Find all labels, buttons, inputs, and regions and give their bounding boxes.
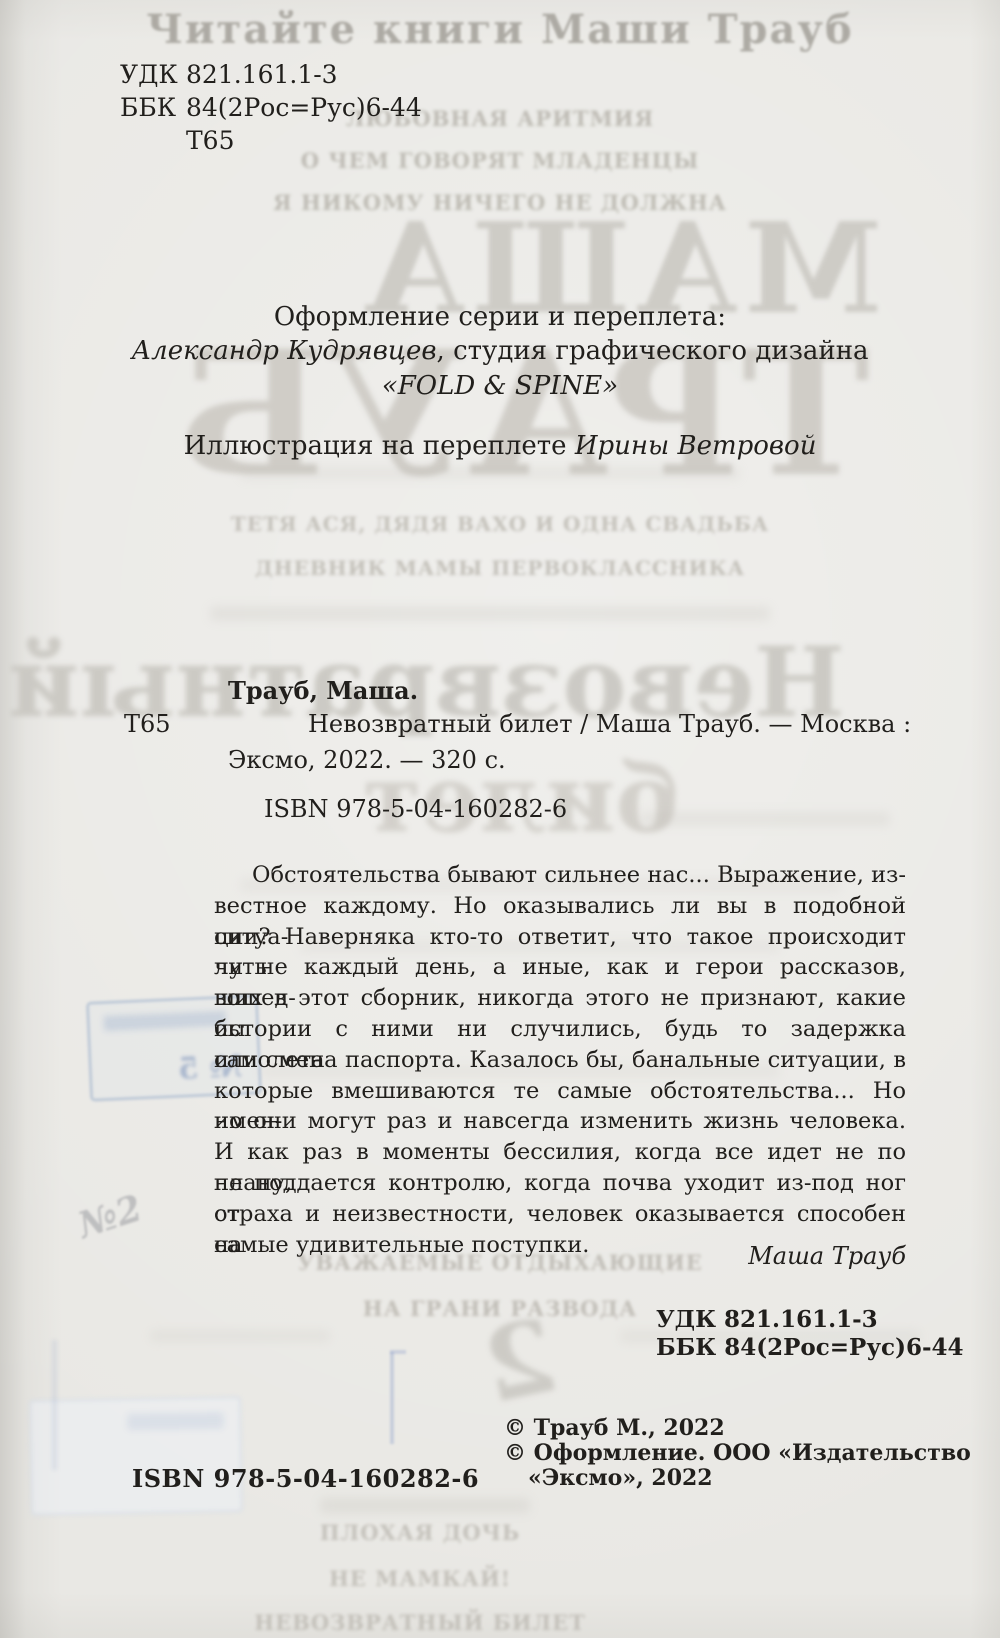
annotation-line: страха и неизвестности, человек оказывае… xyxy=(214,1199,906,1230)
annotation-line: ших в этот сборник, никогда этого не при… xyxy=(214,983,906,1014)
annotation-line: вестное каждому. Но оказывались ли вы в … xyxy=(214,891,906,922)
ghost-book-title: НЕ МАМКАЙ! xyxy=(120,1566,720,1591)
ghost-book-title: ТЕТЯ АСЯ, ДЯДЯ ВАХО И ОДНА СВАДЬБА xyxy=(17,512,983,536)
annotation-line: ции? Наверняка кто-то ответит, что такое… xyxy=(214,922,906,953)
ghost-book-title: Я НИКОМУ НИЧЕГО НЕ ДОЛЖНА xyxy=(17,190,983,215)
copyright-block: © Трауб М., 2022 © Оформление. ООО «Изда… xyxy=(504,1416,971,1491)
footer-isbn: ISBN 978-5-04-160282-6 xyxy=(132,1464,479,1493)
blue-bracket-mark xyxy=(390,1350,406,1354)
copyright-publisher-2: «Эксмо», 2022 xyxy=(528,1466,971,1491)
designer-name: Александр Кудрявцев xyxy=(131,336,436,366)
ghost-book-title: НЕВОЗВРАТНЫЙ БИЛЕТ xyxy=(120,1610,720,1635)
author-sign: Т65 xyxy=(186,126,235,155)
author-sign-row: Т65 xyxy=(120,124,422,157)
bbk-label: ББК xyxy=(120,91,186,124)
studio-name: «FOLD & SPINE» xyxy=(17,371,983,401)
ghost-series-headline: Читайте книги Маши Трауб xyxy=(17,6,983,53)
book-imprint-page: Читайте книги Маши Трауб ЛЮБОВНАЯ АРИТМИ… xyxy=(0,0,1000,1638)
footer-bbk: ББК 84(2Рос=Рус)6-44 xyxy=(656,1334,964,1362)
copyright-publisher: © Оформление. ООО «Издательство xyxy=(504,1441,971,1466)
blue-edge-smudge xyxy=(52,1340,57,1470)
udk-value: 821.161.1-3 xyxy=(186,60,338,89)
ink-bleed-smudge xyxy=(210,606,770,621)
bbk-value: 84(2Рос=Рус)6-44 xyxy=(186,93,422,122)
udk-label: УДК xyxy=(120,58,186,91)
classification-codes-bottom: УДК 821.161.1-3 ББК 84(2Рос=Рус)6-44 xyxy=(656,1306,964,1362)
annotation-line: истории с ними ни случились, будь то зад… xyxy=(214,1014,906,1045)
annotation-line: не поддается контролю, когда почва уходи… xyxy=(214,1168,906,1199)
ink-bleed-smudge xyxy=(640,812,890,826)
annotation-line: ли не каждый день, а иные, как и герои р… xyxy=(214,952,906,983)
catalog-sign: Т65 xyxy=(124,710,171,738)
author-signature: Маша Трауб xyxy=(600,1242,906,1270)
illustration-credit: Иллюстрация на переплете Ирины Ветровой xyxy=(17,431,983,461)
pencil-mark: №2 xyxy=(73,1187,147,1247)
annotation-line: И как раз в моменты бессилия, когда все … xyxy=(214,1137,906,1168)
library-stamp-outline-faint xyxy=(29,1396,243,1516)
ink-bleed-smudge xyxy=(320,1498,530,1513)
bbk-row: ББК84(2Рос=Рус)6-44 xyxy=(120,91,422,124)
catalog-title-line: Невозвратный билет / Маша Трауб. — Москв… xyxy=(308,710,911,738)
ghost-book-title: ДНЕВНИК МАМЫ ПЕРВОКЛАССНИКА xyxy=(17,556,983,580)
ink-bleed-smudge xyxy=(240,466,740,480)
catalog-isbn: ISBN 978-5-04-160282-6 xyxy=(264,795,567,823)
annotation-line: или смена паспорта. Казалось бы, банальн… xyxy=(214,1045,906,1076)
classification-codes-top: УДК821.161.1-3 ББК84(2Рос=Рус)6-44 Т65 xyxy=(120,58,422,157)
illustrator-name: Ирины Ветровой xyxy=(575,431,817,461)
annotation-line: но они могут раз и навсегда изменить жиз… xyxy=(214,1106,906,1137)
stamp-text-smudge xyxy=(104,1011,227,1031)
illustration-credit-prefix: Иллюстрация на переплете xyxy=(184,431,575,461)
series-design-heading: Оформление серии и переплета: xyxy=(17,302,983,332)
ink-bleed-smudge xyxy=(150,1330,330,1342)
udk-row: УДК821.161.1-3 xyxy=(120,58,422,91)
ghost-ink-numeral: 2 xyxy=(473,1296,566,1426)
blue-bracket-mark xyxy=(390,1352,394,1444)
stamp-text-smudge xyxy=(127,1412,223,1430)
annotation-line: которые вмешиваются те самые обстоятельс… xyxy=(214,1076,906,1107)
catalog-imprint-line: Эксмо, 2022. — 320 с. xyxy=(228,746,506,774)
annotation-line: Обстоятельства бывают сильнее нас... Выр… xyxy=(214,860,906,891)
designer-credit: Александр Кудрявцев, студия графического… xyxy=(17,336,983,366)
footer-udk: УДК 821.161.1-3 xyxy=(656,1306,964,1334)
annotation-paragraph: Обстоятельства бывают сильнее нас... Выр… xyxy=(214,860,906,1260)
ghost-book-title: ПЛОХАЯ ДОЧЬ xyxy=(120,1520,720,1545)
designer-credit-rest: , студия графического дизайна xyxy=(437,336,869,366)
catalog-author: Трауб, Маша. xyxy=(228,676,418,705)
copyright-author: © Трауб М., 2022 xyxy=(504,1416,971,1441)
